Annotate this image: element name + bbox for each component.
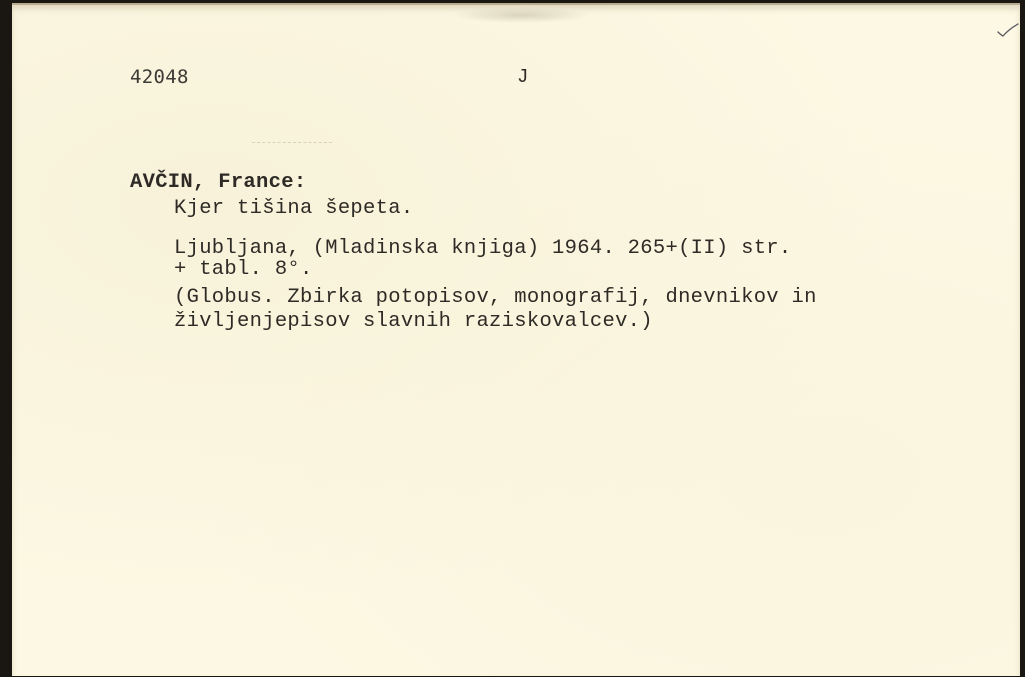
imprint-line: Ljubljana, (Mladinska knjiga) 1964. 265+… (174, 237, 792, 260)
author-heading: AVČIN, France: (130, 172, 306, 194)
smudge-mark (452, 7, 592, 23)
series-line: življenjepisov slavnih raziskovalcev.) (174, 310, 653, 333)
classification-letter: J (517, 66, 529, 88)
series-note: (Globus. Zbirka potopisov, monografij, d… (174, 286, 817, 334)
imprint-line: + tabl. 8°. (174, 258, 313, 281)
catalog-card: 42048 J AVČIN, France: Kjer tišina šepet… (12, 3, 1020, 676)
series-line: (Globus. Zbirka potopisov, monografij, d… (174, 286, 817, 309)
imprint: Ljubljana, (Mladinska knjiga) 1964. 265+… (174, 238, 792, 280)
check-mark-icon (997, 23, 1019, 37)
faint-rule (252, 142, 332, 145)
accession-number: 42048 (130, 66, 189, 88)
book-title: Kjer tišina šepeta. (174, 198, 413, 220)
